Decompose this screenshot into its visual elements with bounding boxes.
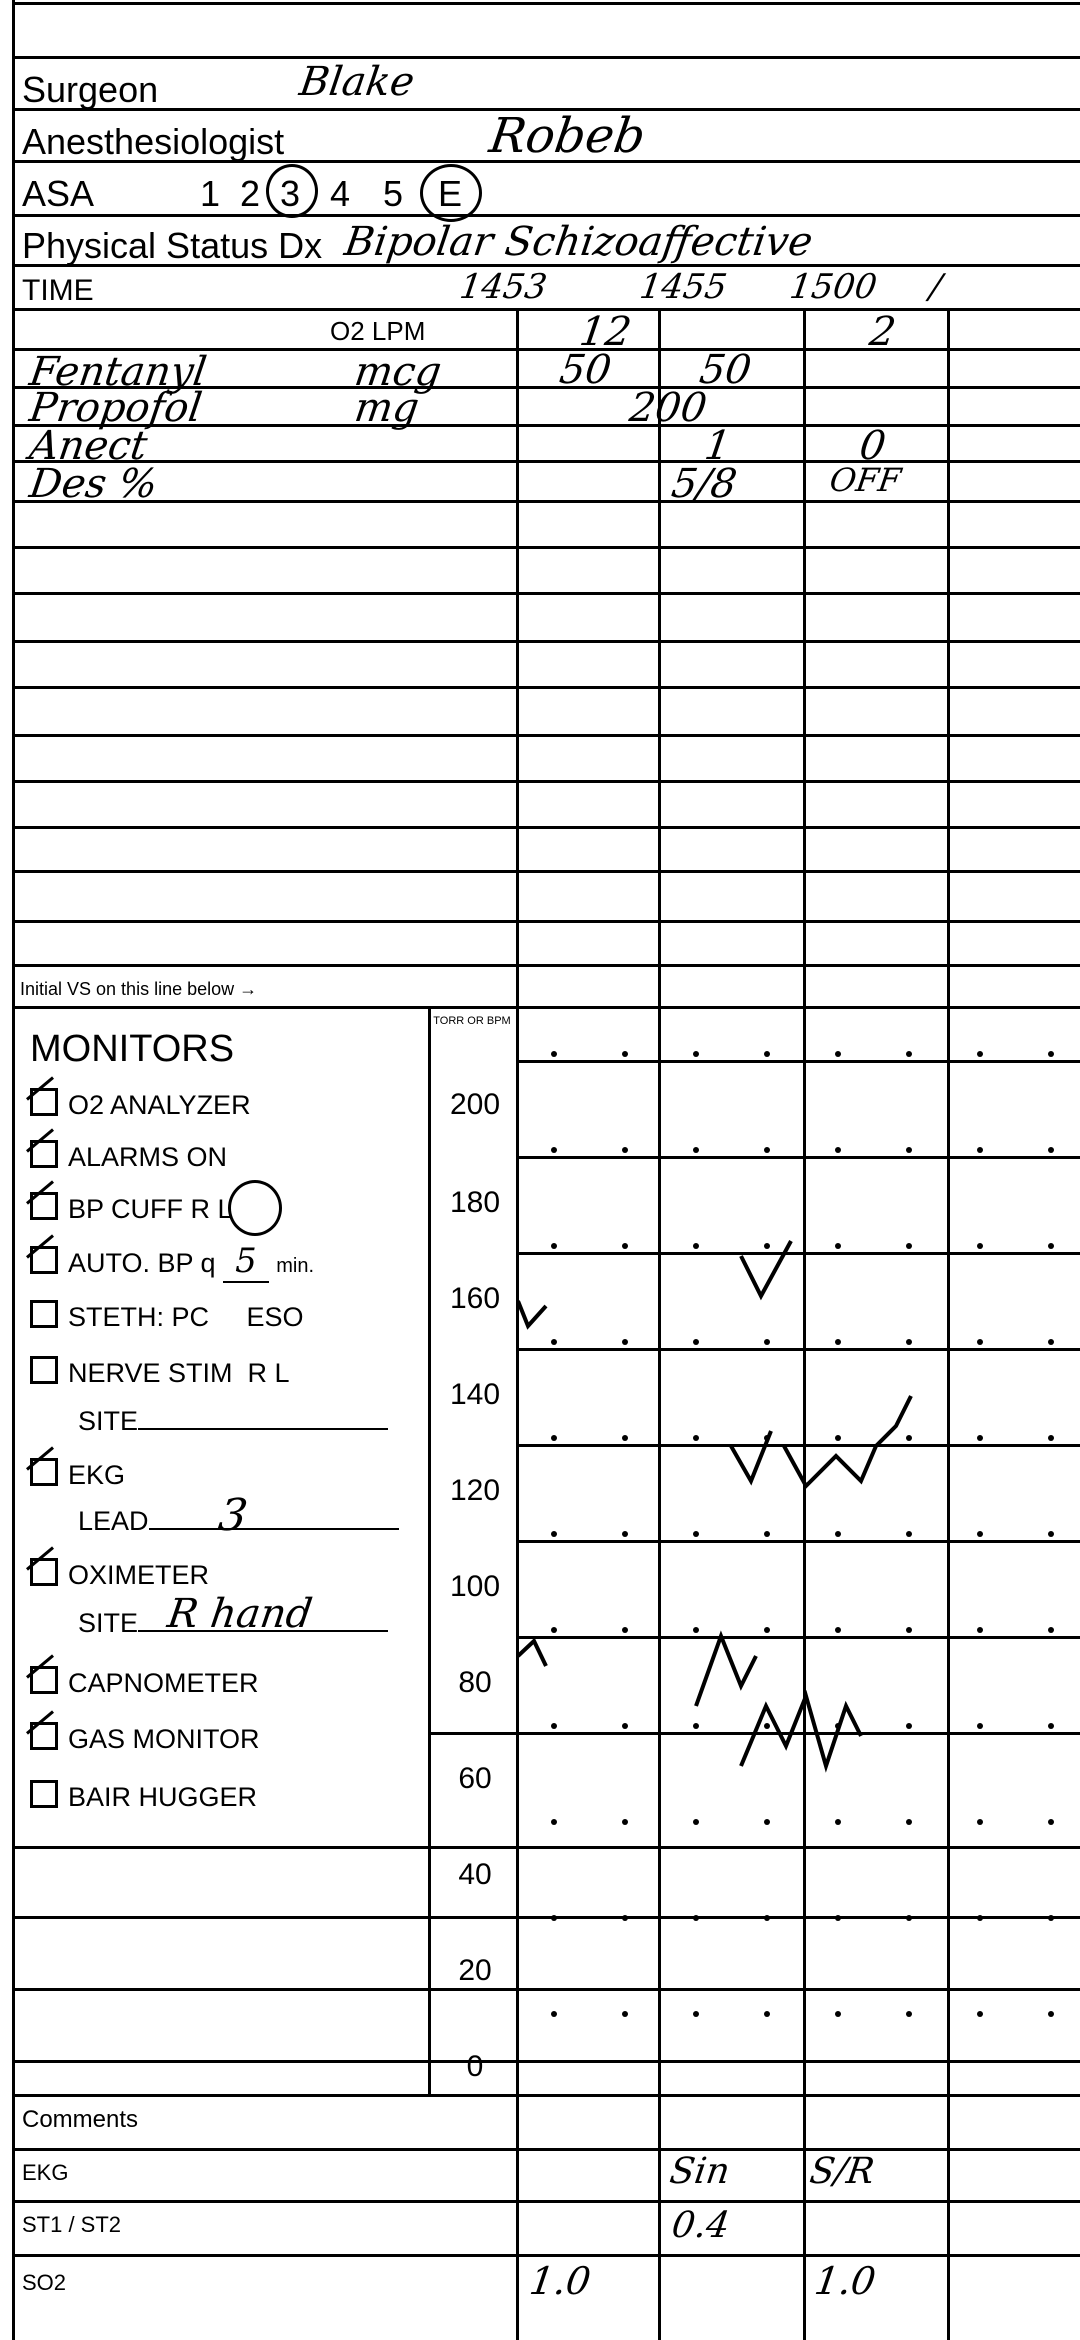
row-line: [12, 2254, 1080, 2257]
top-border: [12, 2, 1080, 5]
fentanyl-dose-2[interactable]: 50: [697, 350, 754, 390]
y-tick-100: 100: [440, 1572, 510, 1602]
asa-option-2[interactable]: 2: [240, 176, 260, 212]
row-line: [12, 308, 1080, 311]
o2-value-1[interactable]: 12: [577, 312, 634, 352]
scale-col-left: [428, 1846, 431, 2094]
monitor-capnometer[interactable]: CAPNOMETER: [30, 1666, 259, 1697]
checkbox-icon[interactable]: [30, 1356, 58, 1384]
ekg-lead[interactable]: LEAD3: [78, 1508, 399, 1535]
bp-cuff-r-circle: [228, 1180, 282, 1236]
checkbox-icon[interactable]: [30, 1300, 58, 1328]
checkbox-icon[interactable]: [30, 1140, 58, 1168]
monitor-o2-analyzer[interactable]: O2 ANALYZER: [30, 1088, 251, 1119]
so2-value-1[interactable]: 1.0: [527, 2262, 593, 2300]
oximeter-site[interactable]: SITER hand: [78, 1610, 388, 1637]
ekg-row-label: EKG: [22, 2162, 68, 2184]
row-line: [12, 964, 1080, 967]
ekg-value-2[interactable]: Sin: [667, 2154, 731, 2190]
monitors-box-right: [428, 1006, 431, 1846]
row-line: [12, 920, 1080, 923]
st-value-2[interactable]: 0.4: [669, 2208, 731, 2244]
fentanyl-dose-1[interactable]: 50: [557, 350, 614, 390]
scale-header: TORR OR BPM: [432, 1016, 512, 1027]
checkbox-icon[interactable]: [30, 1780, 58, 1808]
propofol-dose-2[interactable]: 200: [627, 388, 709, 428]
checkbox-icon[interactable]: [30, 1088, 58, 1116]
monitor-bair-hugger[interactable]: BAIR HUGGER: [30, 1780, 257, 1811]
row-line: [12, 2148, 1080, 2151]
anesthesiologist-value[interactable]: Robeb: [487, 112, 649, 160]
anesthesiologist-label: Anesthesiologist: [22, 124, 284, 160]
asa-option-1[interactable]: 1: [200, 176, 220, 212]
row-line: [12, 2094, 1080, 2097]
monitors-title: MONITORS: [30, 1030, 234, 1068]
row-line: [12, 460, 1080, 463]
y-tick-160: 160: [440, 1284, 510, 1314]
med-name-propofol: Propofol: [27, 388, 204, 428]
physical-status-label: Physical Status Dx: [22, 228, 322, 264]
row-line: [12, 424, 1080, 427]
time-label: TIME: [22, 276, 94, 306]
ekg-value-3[interactable]: S/R: [807, 2154, 876, 2190]
row-line: [12, 826, 1080, 829]
physical-status-value[interactable]: Bipolar Schizoaffective: [342, 222, 815, 262]
y-tick-0: 0: [440, 2052, 510, 2082]
y-tick-200: 200: [440, 1090, 510, 1120]
checkbox-icon[interactable]: [30, 1722, 58, 1750]
time-value-1[interactable]: 1453: [458, 270, 549, 304]
checkbox-icon[interactable]: [30, 1246, 58, 1274]
med-name-des: Des %: [27, 464, 160, 504]
checkbox-icon[interactable]: [30, 1192, 58, 1220]
row-line: [12, 2200, 1080, 2203]
monitor-oximeter[interactable]: OXIMETER: [30, 1558, 209, 1589]
y-tick-40: 40: [440, 1860, 510, 1890]
row-line: [12, 686, 1080, 689]
checkbox-icon[interactable]: [30, 1666, 58, 1694]
so2-row-label: SO2: [22, 2272, 66, 2294]
asa-option-4[interactable]: 4: [330, 176, 350, 212]
row-line: [12, 734, 1080, 737]
y-tick-120: 120: [440, 1476, 510, 1506]
surgeon-label: Surgeon: [22, 72, 158, 108]
row-line: [12, 160, 1080, 163]
monitor-bp-cuff[interactable]: BP CUFF R L: [30, 1192, 233, 1223]
row-line: [12, 780, 1080, 783]
surgeon-value[interactable]: Blake: [297, 62, 417, 102]
row-line: [12, 546, 1080, 549]
monitor-steth[interactable]: STETH: PC ESO: [30, 1300, 304, 1331]
time-value-3[interactable]: 1500: [788, 270, 879, 304]
vitals-chart: [516, 1006, 1080, 2094]
o2-lpm-label: O2 LPM: [330, 318, 425, 344]
time-value-2[interactable]: 1455: [638, 270, 729, 304]
des-dose-3[interactable]: OFF: [828, 464, 903, 496]
y-tick-80: 80: [440, 1668, 510, 1698]
nerve-stim-site[interactable]: SITE: [78, 1408, 388, 1435]
checkbox-icon[interactable]: [30, 1558, 58, 1586]
oximeter-site-value[interactable]: R hand: [165, 1594, 314, 1634]
monitor-alarms-on[interactable]: ALARMS ON: [30, 1140, 227, 1171]
st-row-label: ST1 / ST2: [22, 2214, 121, 2236]
auto-bp-interval[interactable]: 5: [223, 1241, 269, 1283]
row-line: [12, 56, 1080, 59]
initial-vs-note: Initial VS on this line below →: [20, 980, 257, 998]
monitor-nerve-stim[interactable]: NERVE STIM R L: [30, 1356, 290, 1387]
row-line: [12, 640, 1080, 643]
med-unit-propofol: mg: [352, 388, 421, 428]
time-value-4[interactable]: /: [928, 270, 944, 304]
comments-label: Comments: [22, 2108, 138, 2132]
asa-3-circle: [266, 164, 318, 218]
o2-value-3[interactable]: 2: [867, 312, 898, 352]
row-line: [12, 592, 1080, 595]
row-line: [12, 214, 1080, 217]
asa-option-5[interactable]: 5: [383, 176, 403, 212]
row-line: [12, 500, 1080, 503]
y-tick-180: 180: [440, 1188, 510, 1218]
so2-value-3[interactable]: 1.0: [812, 2262, 878, 2300]
y-tick-20: 20: [440, 1956, 510, 1986]
asa-label: ASA: [22, 176, 94, 212]
monitor-ekg[interactable]: EKG: [30, 1458, 125, 1489]
monitor-gas-monitor[interactable]: GAS MONITOR: [30, 1722, 260, 1753]
row-line: [12, 870, 1080, 873]
ekg-lead-value[interactable]: 3: [215, 1494, 249, 1538]
y-tick-60: 60: [440, 1764, 510, 1794]
des-dose-2[interactable]: 5/8: [669, 464, 739, 504]
monitor-auto-bp[interactable]: AUTO. BP q 5 min.: [30, 1244, 314, 1278]
checkbox-icon[interactable]: [30, 1458, 58, 1486]
y-tick-140: 140: [440, 1380, 510, 1410]
